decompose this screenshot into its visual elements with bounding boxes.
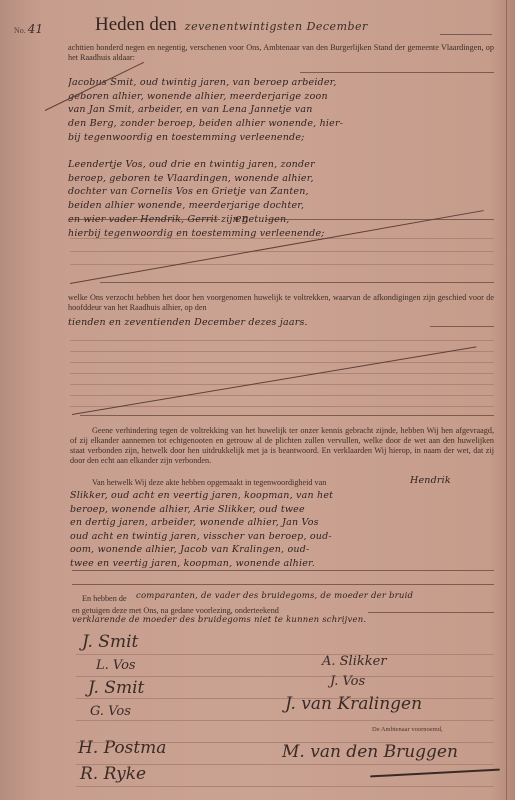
- signing-line: verklarende de moeder des bruidegoms nie…: [72, 614, 402, 628]
- groom-line: den Berg, zonder beroep, beiden alhier w…: [68, 117, 496, 131]
- groom-line: geboren alhier, wonende alhier, meerderj…: [68, 90, 496, 104]
- signing-handwritten-2: verklarende de moeder des bruidegoms nie…: [72, 614, 402, 628]
- witness-line: twee en veertig jaren, koopman, wonende …: [70, 557, 496, 571]
- blank-line: [70, 384, 494, 385]
- witness-line: Hendrik: [410, 474, 490, 488]
- witness-line: beroep, wonende alhier, Arie Slikker, ou…: [70, 503, 496, 517]
- signature-right: J. van Kralingen: [285, 694, 422, 714]
- signature-right: J. Vos: [330, 674, 365, 689]
- blank-line: [70, 238, 494, 239]
- signature-right: A. Slikker: [322, 654, 387, 669]
- cancel-stroke: [72, 346, 477, 415]
- witness-line: Slikker, oud acht en veertig jaren, koop…: [70, 489, 496, 503]
- page-edge-rule: [506, 0, 507, 800]
- blank-line: [70, 351, 494, 352]
- blank-line: [70, 395, 494, 396]
- signature-left: J. Smit: [88, 678, 144, 698]
- register-page: No.41 Heden denzevenentwintigsten Decemb…: [0, 0, 515, 800]
- signature-left: G. Vos: [90, 704, 131, 719]
- signature-left: J. Smit: [82, 632, 138, 652]
- proclamation-dates-text: tienden en zeventienden December dezes j…: [68, 316, 478, 330]
- proclamation-fill-line: [430, 326, 494, 327]
- blank-line: [70, 406, 494, 407]
- section-rule: [80, 415, 494, 416]
- bride-details: Leendertje Vos, oud drie en twintig jare…: [68, 158, 496, 240]
- heading-date-handwritten: zevenentwintigsten December: [185, 20, 368, 33]
- heading: Heden denzevenentwintigsten December: [95, 14, 368, 36]
- witness-line: en dertig jaren, arbeider, wonende alhie…: [70, 516, 496, 530]
- section-rule: [72, 570, 494, 571]
- witnesses-intro: Van hetwelk Wij deze akte hebben opgemaa…: [92, 478, 412, 488]
- groom-line: Jacobus Smit, oud twintig jaren, van ber…: [68, 76, 496, 90]
- groom-line: bij tegenwoordig en toestemming verleene…: [68, 131, 496, 145]
- intro-fill-line: [300, 72, 494, 73]
- blank-line: [70, 251, 494, 252]
- signature-left: H. Postma: [78, 738, 166, 758]
- bride-line: beroep, geboren te Vlaardingen, wonende …: [68, 172, 496, 186]
- bride-line: dochter van Cornelis Vos en Grietje van …: [68, 185, 496, 199]
- groom-details: Jacobus Smit, oud twintig jaren, van ber…: [68, 76, 496, 145]
- signing-printed-1: En hebben de: [82, 594, 142, 604]
- signature-left: R. Ryke: [80, 764, 146, 784]
- entry-number-prefix: No.: [14, 26, 26, 35]
- signature-left: L. Vos: [96, 658, 136, 673]
- signature-line: [76, 720, 494, 721]
- request-text: welke Ons verzocht hebben het door hen v…: [68, 293, 494, 313]
- section-rule: [72, 584, 494, 585]
- section-rule: [100, 282, 494, 283]
- proclamation-dates: tienden en zeventienden December dezes j…: [68, 316, 478, 330]
- entry-number: No.41: [14, 22, 43, 36]
- signature-line: [76, 786, 494, 787]
- signing-handwritten-1: comparanten, de vader des bruidegoms, de…: [136, 590, 498, 604]
- witness-line: oom, wonende alhier, Jacob van Kralingen…: [70, 543, 496, 557]
- signing-line: comparanten, de vader des bruidegoms, de…: [136, 590, 498, 604]
- witnesses-details: Slikker, oud acht en veertig jaren, koop…: [70, 489, 496, 570]
- official-signature: M. van den Bruggen: [282, 742, 458, 762]
- groom-line: van Jan Smit, arbeider, en van Lena Jann…: [68, 103, 496, 117]
- bride-line: Leendertje Vos, oud drie en twintig jare…: [68, 158, 496, 172]
- witness-line: oud acht en twintig jaren, visscher van …: [70, 530, 496, 544]
- official-label: De Ambtenaar voornoemd,: [372, 726, 443, 733]
- signing-fill-line: [368, 612, 494, 613]
- heading-printed: Heden den: [95, 14, 177, 35]
- no-impediment-text: Geene verhindering tegen de voltrekking …: [70, 426, 494, 466]
- blank-line: [70, 373, 494, 374]
- blank-line: [70, 362, 494, 363]
- signature-flourish: [370, 769, 500, 778]
- blank-line: [70, 340, 494, 341]
- signature-line: [76, 654, 494, 655]
- entry-number-value: 41: [28, 22, 43, 36]
- bride-line: beiden alhier wonende, meerderjarige doc…: [68, 199, 496, 213]
- heading-fill-line: [440, 34, 492, 35]
- signature-line: [76, 676, 494, 677]
- blank-line: [70, 264, 494, 265]
- witnesses-first: Hendrik: [410, 474, 490, 488]
- intro-text: achttien honderd negen en negentig, vers…: [68, 43, 494, 63]
